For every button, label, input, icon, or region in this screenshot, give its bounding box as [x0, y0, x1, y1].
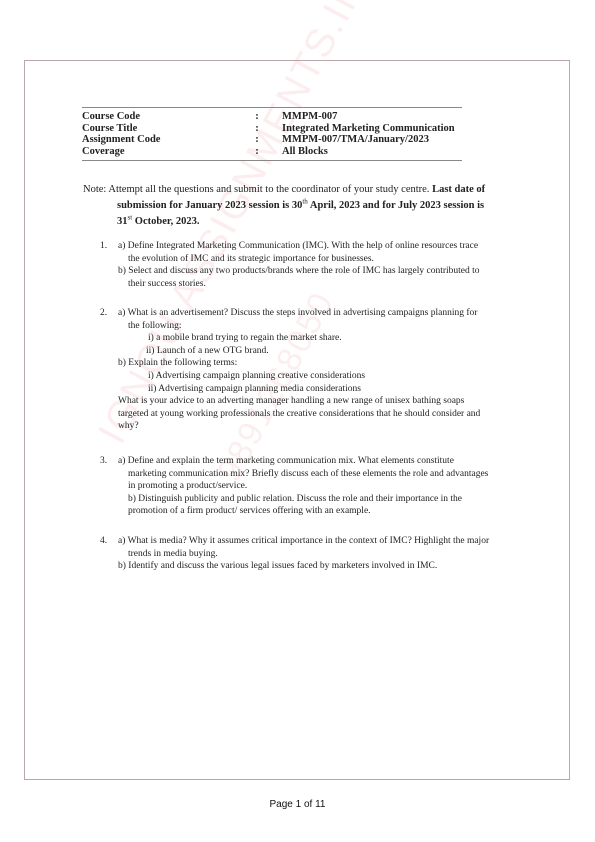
- question-line: ii) Advertising campaign planning media …: [100, 383, 512, 396]
- question-line: the evolution of IMC and its strategic i…: [100, 253, 512, 266]
- question-line: a) What is media? Why it assumes critica…: [100, 535, 512, 548]
- info-label: Course Code: [82, 108, 232, 123]
- question-line: a) Define and explain the term marketing…: [100, 455, 512, 468]
- info-separator: :: [232, 146, 282, 161]
- note-deadline-jul: 31: [117, 216, 128, 227]
- question-line: a) Define Integrated Marketing Communica…: [100, 240, 512, 253]
- info-row-assignment-code: Assignment Code : MMPM-007/TMA/January/2…: [82, 134, 462, 146]
- info-label: Course Title: [82, 123, 232, 135]
- page-number: Page 1 of 11: [0, 799, 595, 810]
- question-line: a) What is an advertisement? Discuss the…: [100, 307, 512, 320]
- question-line: ii) Launch of a new OTG brand.: [100, 345, 512, 358]
- question-line: why?: [100, 420, 512, 433]
- question-3: 3. a) Define and explain the term market…: [100, 455, 512, 518]
- question-number: 3.: [100, 455, 107, 468]
- question-line: in promoting a product/service.: [100, 480, 512, 493]
- question-number: 2.: [100, 307, 107, 320]
- question-line: promotion of a firm product/ services of…: [100, 505, 512, 518]
- question-line: b) Select and discuss any two products/b…: [100, 265, 512, 278]
- info-row-course-title: Course Title : Integrated Marketing Comm…: [82, 123, 462, 135]
- note-deadline-jul-rest: October, 2023.: [132, 216, 199, 227]
- info-row-coverage: Coverage : All Blocks: [82, 146, 462, 161]
- info-value: MMPM-007: [282, 108, 462, 123]
- question-2: 2. a) What is an advertisement? Discuss …: [100, 307, 512, 433]
- question-line: b) Distinguish publicity and public rela…: [100, 493, 512, 506]
- course-info-table: Course Code : MMPM-007 Course Title : In…: [82, 107, 462, 161]
- question-number: 1.: [100, 240, 107, 253]
- note-deadline-start: Last date of: [432, 184, 485, 195]
- info-value: MMPM-007/TMA/January/2023: [282, 134, 462, 146]
- question-line: What is your advice to an adverting mana…: [100, 395, 512, 408]
- question-line: the following:: [100, 320, 512, 333]
- question-line: b) Explain the following terms:: [100, 357, 512, 370]
- note-deadline-jan: submission for January 2023 session is 3…: [117, 200, 302, 211]
- note-deadline-jan-rest: April, 2023 and for July 2023 session is: [308, 200, 484, 211]
- info-label: Assignment Code: [82, 134, 232, 146]
- info-separator: :: [232, 108, 282, 123]
- question-number: 4.: [100, 535, 107, 548]
- question-line: trends in media buying.: [100, 548, 512, 561]
- info-separator: :: [232, 123, 282, 135]
- question-line: targeted at young working professionals …: [100, 408, 512, 421]
- info-label: Coverage: [82, 146, 232, 161]
- info-separator: :: [232, 134, 282, 146]
- info-value: All Blocks: [282, 146, 462, 161]
- question-1: 1. a) Define Integrated Marketing Commun…: [100, 240, 512, 290]
- submission-note: Note: Attempt all the questions and subm…: [83, 182, 523, 230]
- question-line: i) Advertising campaign planning creativ…: [100, 370, 512, 383]
- question-line: their success stories.: [100, 278, 512, 291]
- question-line: marketing communication mix? Briefly dis…: [100, 468, 512, 481]
- note-prefix: Note: Attempt all the questions and subm…: [83, 184, 429, 195]
- question-4: 4. a) What is media? Why it assumes crit…: [100, 535, 512, 573]
- info-value: Integrated Marketing Communication: [282, 123, 462, 135]
- info-row-course-code: Course Code : MMPM-007: [82, 108, 462, 123]
- question-line: i) a mobile brand trying to regain the m…: [100, 332, 512, 345]
- question-line: b) Identify and discuss the various lega…: [100, 560, 512, 573]
